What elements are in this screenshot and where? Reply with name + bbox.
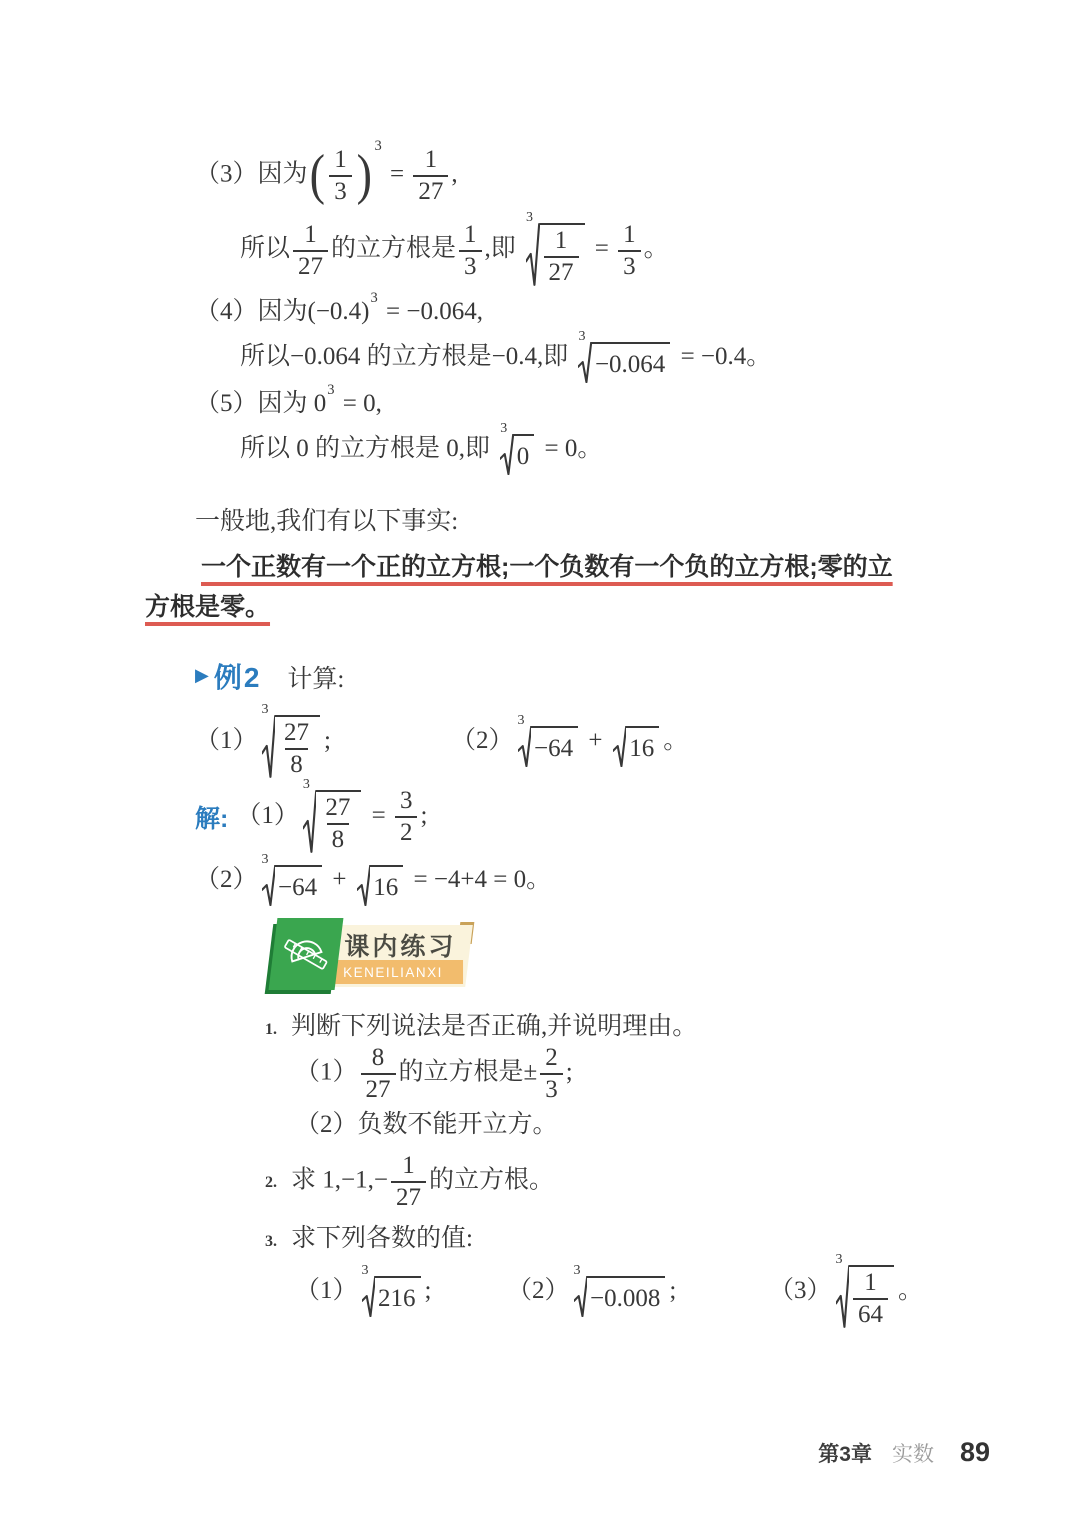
footer-page-number: 89 — [960, 1437, 990, 1468]
badge-title: 课内练习 — [332, 927, 468, 963]
badge-subtitle: KENEILIANXI — [343, 965, 443, 980]
problem-1-number: 1. — [265, 1021, 277, 1039]
problem-3-item-3: （3）3164。 — [769, 1256, 923, 1329]
problem-3-items: （1）3216; （2）3−0.008; （3）3164。 — [265, 1256, 945, 1329]
badge-pinyin-band: KENEILIANXI — [323, 960, 463, 984]
example-2-header: ▶ 例2 计算: — [145, 656, 945, 696]
problem-3-number: 3. — [265, 1233, 277, 1251]
example-2-items: （1）3278; （2）3−64 + 16。 — [145, 706, 945, 779]
practice-section: 课内练习 KENEILIANXI — [145, 916, 945, 1329]
example-marker-icon: ▶ — [195, 665, 209, 686]
textbook-page: （3）因为(13)3 = 127, 所以127的立方根是13,即 3127 = … — [0, 0, 1080, 1528]
problem-3-item-1: （1）3216; — [295, 1267, 507, 1318]
fact-intro: 一般地,我们有以下事实: — [145, 503, 945, 541]
fact-bold-line-1: 一个正数有一个正的立方根;一个负数有一个负的立方根;零的立 — [145, 547, 945, 588]
page-content: （3）因为(13)3 = 127, 所以127的立方根是13,即 3127 = … — [145, 146, 945, 1329]
problem-2-text: 求 1,−1,−127的立方根。 — [291, 1152, 554, 1212]
solution-label: 解: — [195, 799, 228, 835]
badge-green-tab — [269, 918, 344, 990]
statement-4-line-2: 所以−0.064 的立方根是−0.4,即 3−0.064 = −0.4。 — [145, 333, 945, 384]
statement-5-line-1: （5）因为 03 = 0, — [145, 385, 945, 423]
footer-chapter: 第3章 — [818, 1438, 872, 1468]
page-footer: 第3章 实数 89 — [818, 1437, 990, 1468]
example-2-item-1: （1）3278; — [195, 706, 451, 779]
problem-3-text: 求下列各数的值: — [291, 1218, 473, 1254]
statement-4-line-1: （4）因为(−0.4)3 = −0.064, — [145, 293, 945, 331]
problem-1-sub-2: （2）负数不能开立方。 — [265, 1106, 945, 1144]
problem-2: 2. 求 1,−1,−127的立方根。 — [265, 1152, 945, 1212]
problem-1-sub-1: （1）827的立方根是±23; — [265, 1044, 945, 1104]
problem-2-number: 2. — [265, 1174, 277, 1192]
problem-1-text: 判断下列说法是否正确,并说明理由。 — [291, 1006, 697, 1042]
example-2-label: 例2 — [214, 656, 262, 696]
protractor-icon — [283, 931, 329, 977]
solution-step-2: （2）3−64 + 16 = −4+4 = 0。 — [145, 856, 945, 907]
statement-5-line-2: 所以 0 的立方根是 0,即 30 = 0。 — [145, 425, 945, 476]
solution-step-1: （1）3278 = 32; — [236, 781, 427, 854]
statement-3-line-2: 所以127的立方根是13,即 3127 = 13。 — [145, 214, 945, 287]
solution-line-1: 解: （1）3278 = 32; — [145, 781, 945, 854]
problem-1: 1. 判断下列说法是否正确,并说明理由。 — [265, 1006, 945, 1042]
fact-bold-line-2: 方根是零。 — [145, 587, 945, 628]
problem-3-item-2: （2）3−0.008; — [507, 1267, 769, 1318]
statement-3-line-1: （3）因为(13)3 = 127, — [145, 146, 945, 206]
example-2-item-2: （2）3−64 + 16。 — [451, 717, 688, 768]
problem-3: 3. 求下列各数的值: — [265, 1218, 945, 1254]
footer-subject: 实数 — [892, 1438, 934, 1468]
example-2-title: 计算: — [287, 659, 344, 695]
practice-badge: 课内练习 KENEILIANXI — [265, 916, 473, 992]
